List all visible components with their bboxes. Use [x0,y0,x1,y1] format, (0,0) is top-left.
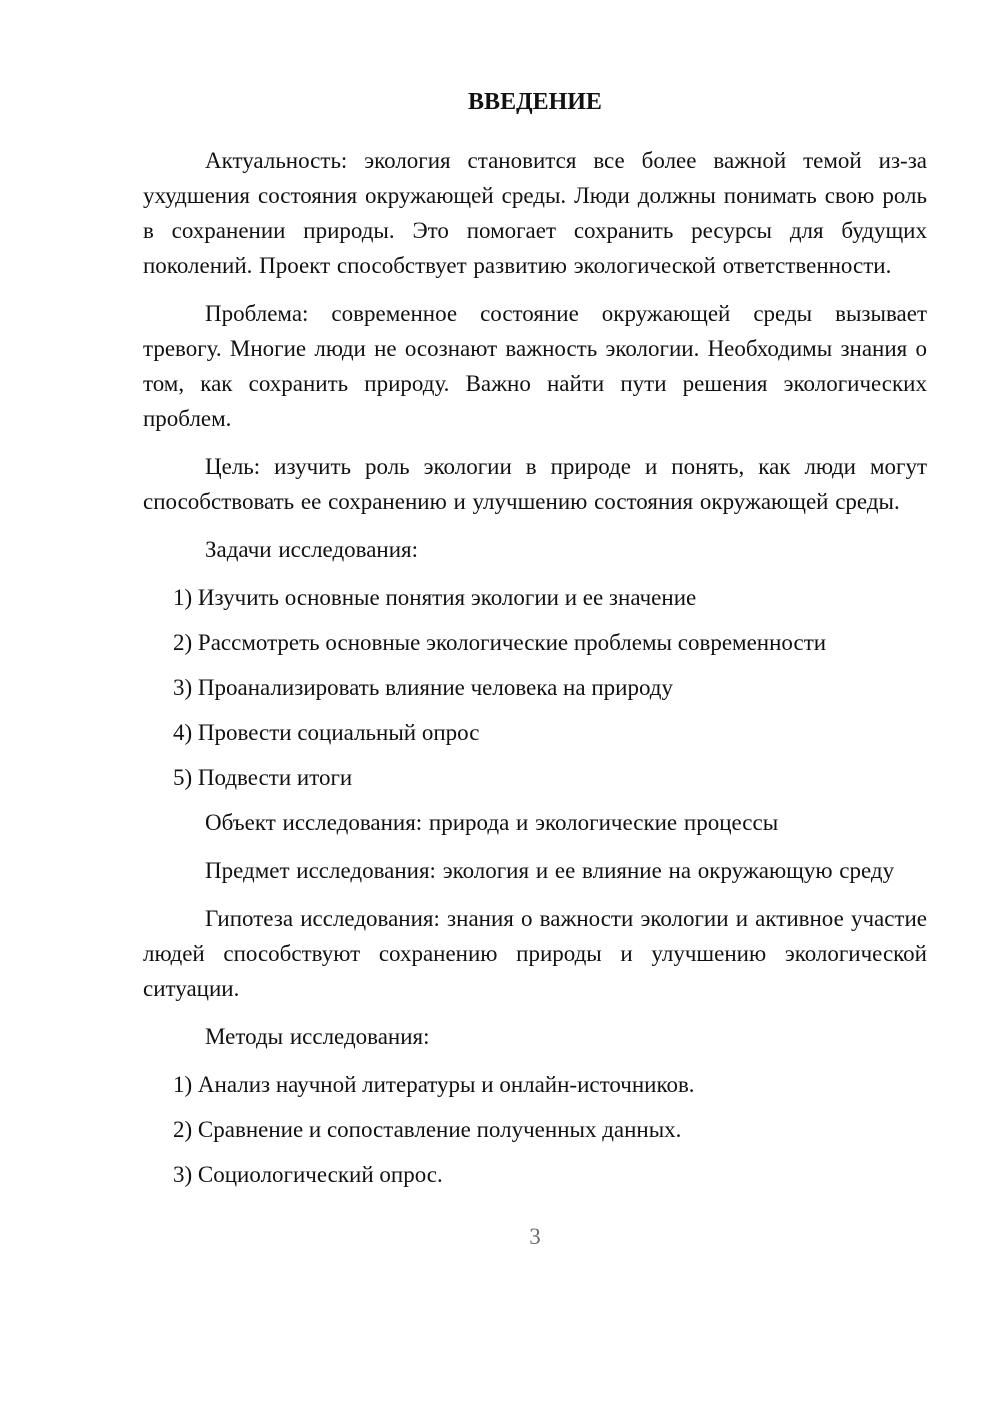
paragraph-actuality: Актуальность: экология становится все бо… [143,143,927,283]
task-item-2: 2) Рассмотреть основные экологические пр… [143,625,927,660]
task-item-5: 5) Подвести итоги [143,760,927,795]
paragraph-problem: Проблема: современное состояние окружающ… [143,296,927,436]
methods-heading: Методы исследования: [143,1019,927,1054]
paragraph-hypothesis: Гипотеза исследования: знания о важности… [143,901,927,1006]
paragraph-subject: Предмет исследования: экология и ее влия… [143,853,927,888]
method-item-1: 1) Анализ научной литературы и онлайн-ис… [143,1067,927,1102]
task-item-3: 3) Проанализировать влияние человека на … [143,670,927,705]
document-page: ВВЕДЕНИЕ Актуальность: экология становит… [0,0,1000,1414]
task-item-1: 1) Изучить основные понятия экологии и е… [143,580,927,615]
paragraph-object: Объект исследования: природа и экологиче… [143,805,927,840]
page-title: ВВЕДЕНИЕ [143,86,927,118]
page-number: 3 [143,1222,927,1252]
paragraph-goal: Цель: изучить роль экологии в природе и … [143,449,927,519]
method-item-2: 2) Сравнение и сопоставление полученных … [143,1112,927,1147]
task-item-4: 4) Провести социальный опрос [143,715,927,750]
method-item-3: 3) Социологический опрос. [143,1157,927,1192]
tasks-heading: Задачи исследования: [143,532,927,567]
